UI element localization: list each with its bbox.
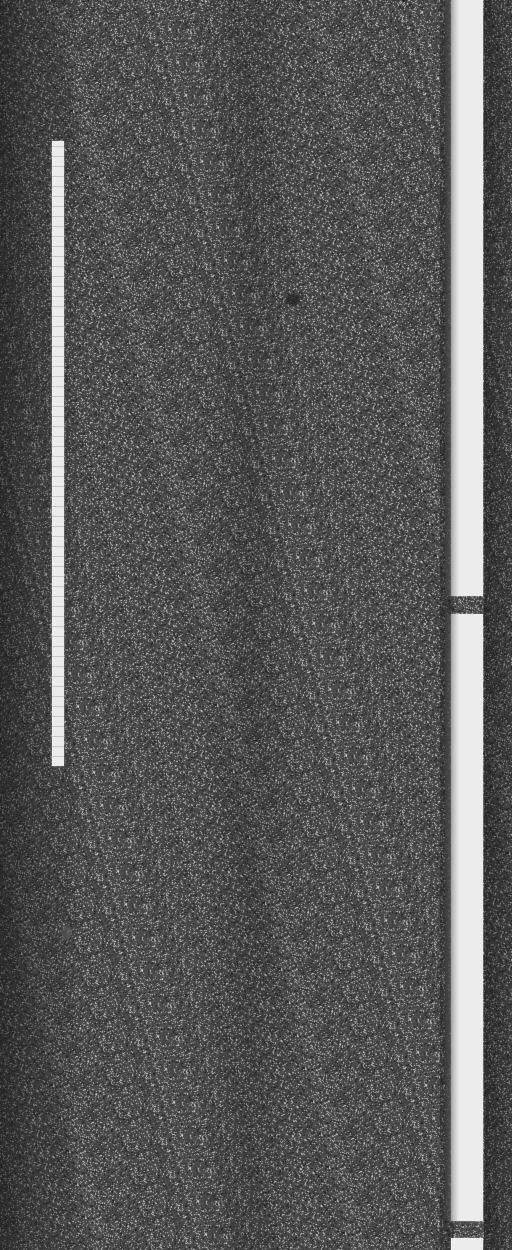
right-lane-dash [451, 0, 483, 596]
asphalt-stain [62, 926, 72, 940]
worn-paint [52, 141, 64, 766]
right-lane-dash [451, 614, 483, 1221]
worn-paint-edge [445, 614, 459, 1221]
left-lane-line [52, 141, 64, 766]
right-lane-dash [451, 1238, 483, 1250]
worn-paint-edge [445, 0, 459, 596]
center-tire-track [205, 0, 295, 1250]
aerial-road-image [0, 0, 512, 1250]
left-road-edge [0, 0, 78, 1250]
asphalt-stain [286, 294, 300, 306]
right-road-edge [484, 0, 512, 1250]
